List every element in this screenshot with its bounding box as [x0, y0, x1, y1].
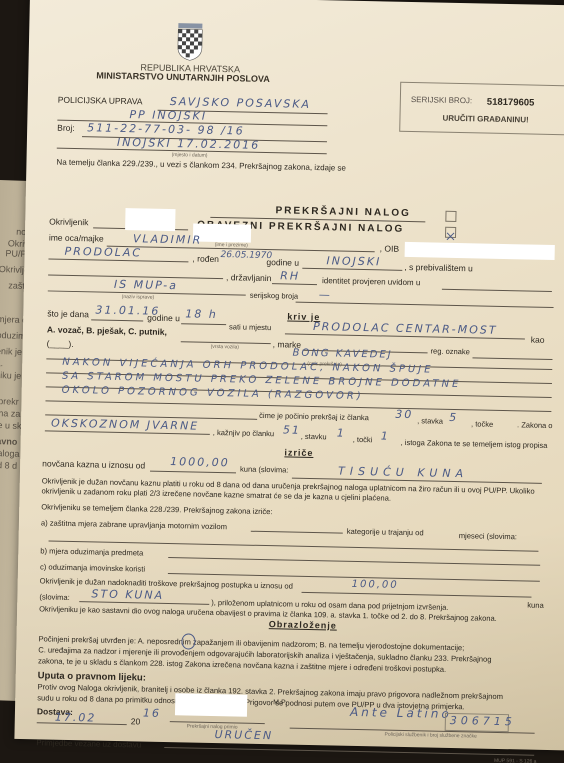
residence-value: PRODOLAC: [64, 245, 142, 260]
born-value: 26.05.1970: [220, 250, 272, 261]
offence-description-line: OKOLO POZORNOG VOZILA (RAZGOVOR): [62, 385, 364, 402]
form-code: MUP 591 - S 126 a: [494, 758, 537, 763]
underlying-text: niku je: [0, 370, 21, 381]
place-date-caption: (mjesto i datum): [172, 152, 208, 159]
number-label: Broj:: [57, 123, 75, 133]
id-verified-label: identitet provjeren uvidom u: [322, 276, 420, 287]
reg-label: reg. oznake: [431, 346, 470, 356]
underlying-text: prekr: [0, 396, 19, 407]
as-label: kao: [531, 335, 545, 345]
id-document-caption: (naziv isprave): [122, 294, 155, 301]
stamp-label: M.P.: [273, 699, 287, 706]
hour-label: godine u: [147, 313, 180, 324]
costs-label: Okrivljenik je dužan nadoknaditi troškov…: [40, 576, 293, 590]
parent-label: ime oca/majke: [49, 232, 104, 243]
birthplace-value: INOJSKI: [326, 254, 381, 268]
remarks-label: Primjedbe vezane uz dostavu: [36, 738, 141, 749]
paragraph-label: , stavka: [417, 416, 443, 426]
redacted-defendant-surname: [125, 208, 175, 231]
punishable-label: , kažnjiv po članku: [213, 428, 274, 438]
croatian-coat-of-arms-icon: [175, 21, 206, 62]
offence-description-line: BONG KAVEDEJ: [292, 348, 392, 361]
measures-intro: Okrivljeniku se temeljem članka 228./239…: [41, 502, 272, 516]
id-document-value: IS MUP-a: [114, 278, 178, 292]
punishable-par-label: , stavku: [301, 432, 327, 442]
legal-remedy-heading: Uputa o pravnom lijeku:: [38, 670, 146, 683]
citizen-value: RH: [280, 269, 300, 282]
punishable-point-value: 1: [381, 429, 390, 442]
punishable-tail: , istoga Zakona te se temeljem istog pro…: [401, 438, 548, 450]
punishable-article-value: 51: [283, 423, 301, 436]
check-mark-icon: [446, 232, 455, 241]
citizen-label: , državljanin: [226, 272, 272, 283]
role-value: (____).: [47, 338, 74, 349]
order-type-misdemeanor-checkbox[interactable]: [445, 211, 456, 222]
redacted-oib: [405, 242, 555, 260]
order-type-misdemeanor: PREKRŠAJNI NALOG: [275, 205, 411, 219]
selected-option-circle: [181, 633, 195, 649]
police-admin-label: POLICIJSKA UPRAVA: [58, 95, 143, 107]
number-value: 511-22-77-03- 98 /16: [87, 121, 245, 137]
measure-a-months: mjeseci (slovima:: [459, 531, 517, 541]
redacted-recipient-signature: [175, 693, 247, 717]
offence-hour-value: 18 h: [185, 307, 218, 321]
serial-no-label: serijskog broja: [250, 291, 299, 301]
underlying-text: od 8 d: [0, 460, 17, 471]
reasoning-heading: Obrazloženje: [269, 619, 337, 630]
ministry-heading: MINISTARSTVO UNUTARNJIH POSLOVA: [96, 70, 270, 84]
costs-words-label: (slovima:: [39, 592, 70, 602]
measure-a: a) zaštitna mjera zabrane upravljanja mo…: [41, 518, 227, 531]
serial-no-value: —: [319, 288, 332, 301]
misdemeanor-order-form: REPUBLIKA HRVATSKA MINISTARSTVO UNUTARNJ…: [14, 0, 564, 751]
fine-words-value: TISUĆU KUNA: [338, 465, 468, 481]
officer-caption: Policijski službenik i broj službene zna…: [385, 732, 477, 740]
measure-b: b) mjera oduzimanja predmeta: [40, 546, 143, 557]
badge-number-value: 306715: [450, 714, 516, 728]
law-label: . Zakona o: [517, 420, 553, 430]
costs-words-value: STO KUNA: [91, 587, 164, 602]
station-value: PP INOJSKI: [129, 108, 207, 123]
sentence-heading: izriče: [284, 447, 313, 458]
fine-label: novčana kazna u iznosu od: [42, 458, 145, 470]
parent-value: VLADIMIR: [133, 232, 203, 246]
underlying-text: a.: [0, 358, 3, 368]
officer-signature: Ante Latino: [350, 705, 452, 721]
punishable-par-value: 1: [337, 427, 346, 440]
delivery-day-value: 17.02: [55, 711, 97, 725]
serial-number-box: SERIJSKI BROJ: 518179605 URUČITI GRAĐANI…: [399, 82, 564, 135]
born-label: , rođen: [192, 253, 219, 264]
oib-label: , OIB: [380, 243, 400, 253]
underlying-text: ravno: [0, 436, 18, 447]
role-label: A. vozač, B. pješak, C. putnik,: [47, 324, 167, 337]
birth-year-label: godine u: [266, 257, 299, 268]
refused-value: URUČEN: [214, 728, 273, 742]
deliver-notice: URUČITI GRAĐANINU!: [442, 114, 528, 125]
year-suffix-value: 16: [143, 707, 161, 720]
measure-c: c) oduzimanja imovinske koristi: [40, 562, 145, 573]
vehicle-type-caption: (vrsta vozila): [211, 344, 239, 351]
paragraph-value: 5: [449, 411, 458, 424]
place-label: sati u mjestu: [229, 322, 271, 332]
defendant-label: Okrivljenik: [49, 216, 88, 227]
name-caption: (ime i prezime): [215, 242, 248, 249]
year-prefix: 20: [131, 716, 141, 726]
committed-label: čime je počinio prekršaj iz članka: [259, 411, 369, 422]
underlying-text: enik je: [0, 346, 22, 357]
residence-label: , s prebivalištem u: [404, 262, 473, 273]
underlying-text: ma za: [0, 408, 21, 419]
point-label: , točke: [471, 419, 493, 428]
serial-value: 518179605: [487, 97, 535, 109]
costs-kuna-label: kuna: [527, 601, 544, 610]
costs-value: 100,00: [352, 579, 399, 591]
fine-value: 1000,00: [170, 455, 230, 469]
legal-basis: Na temelju članka 229./239., u vezi s čl…: [56, 158, 346, 173]
date-label: što je dana: [47, 308, 89, 319]
order-type-mandatory-checkbox[interactable]: [445, 227, 456, 238]
serial-label: SERIJSKI BROJ:: [411, 95, 473, 105]
article-value: 30: [395, 408, 413, 421]
kuna-label: kuna (slovima:: [240, 465, 289, 475]
measure-a-category: kategorije u trajanju od: [347, 527, 424, 538]
underlying-text: je u sk: [0, 420, 22, 431]
underlying-text: naloga: [0, 448, 20, 459]
punishable-point-label: , točki: [353, 435, 373, 444]
badge-number-box: 306715: [445, 713, 509, 732]
